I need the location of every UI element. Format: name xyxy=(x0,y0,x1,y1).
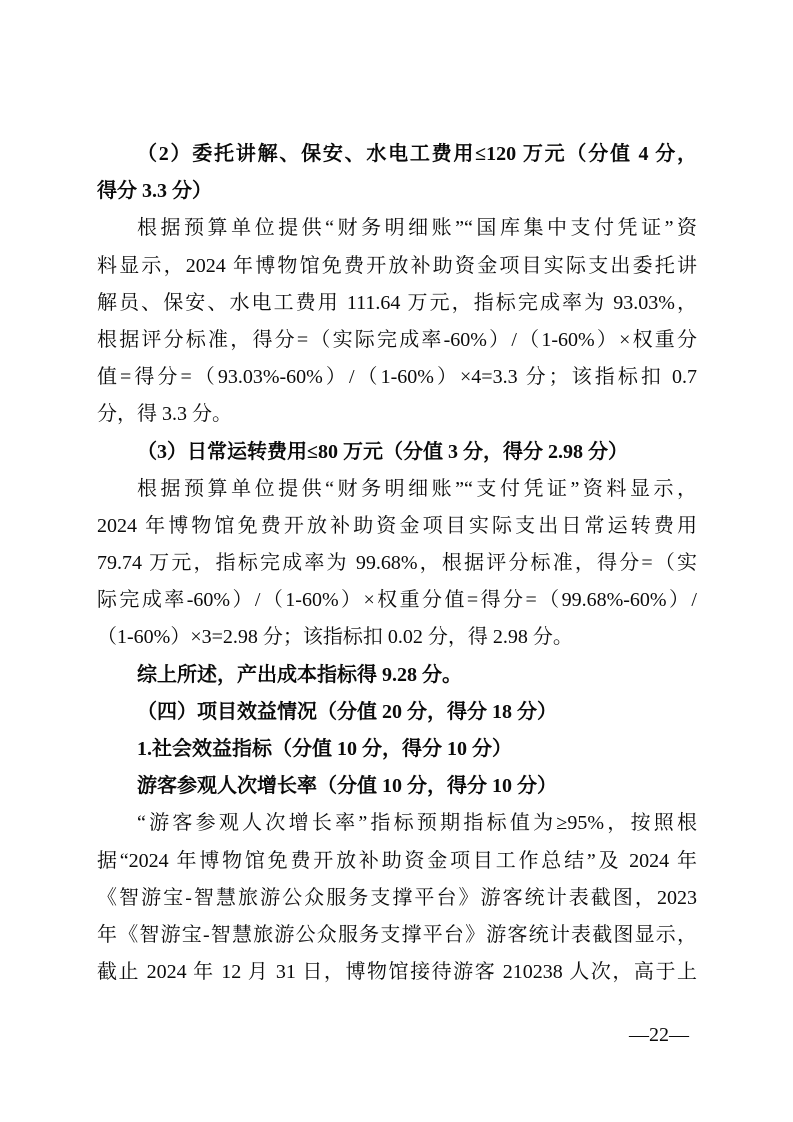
heading-paragraph: （3）日常运转费用≤80 万元（分值 3 分，得分 2.98 分） xyxy=(97,434,697,471)
text-line: 据“2024 年博物馆免费开放补助资金项目工作总结”及 2024 年 xyxy=(97,843,697,880)
heading-paragraph: 综上所述，产出成本指标得 9.28 分。 xyxy=(97,657,697,694)
body-paragraph: 根据预算单位提供“财务明细账”“支付凭证”资料显示，2024 年博物馆免费开放补… xyxy=(97,471,697,657)
text-line: 年《智游宝-智慧旅游公众服务支撑平台》游客统计表截图显示， xyxy=(97,917,697,954)
text-line: 分，得 3.3 分。 xyxy=(97,396,697,433)
page-number: —22— xyxy=(97,1022,689,1048)
text-line: 得分 3.3 分） xyxy=(97,173,697,210)
heading-paragraph: （四）项目效益情况（分值 20 分，得分 18 分） xyxy=(97,694,697,731)
text-line: 解员、保安、水电工费用 111.64 万元，指标完成率为 93.03%， xyxy=(97,285,697,322)
text-line: 综上所述，产出成本指标得 9.28 分。 xyxy=(97,657,697,694)
body-paragraph: 根据预算单位提供“财务明细账”“国库集中支付凭证”资料显示，2024 年博物馆免… xyxy=(97,210,697,433)
text-line: “游客参观人次增长率”指标预期指标值为≥95%，按照根 xyxy=(97,805,697,842)
text-line: 根据评分标准，得分=（实际完成率-60%）/（1-60%）×权重分 xyxy=(97,322,697,359)
text-line: 79.74 万元，指标完成率为 99.68%，根据评分标准，得分=（实 xyxy=(97,545,697,582)
text-line: 2024 年博物馆免费开放补助资金项目实际支出日常运转费用 xyxy=(97,508,697,545)
text-line: 1.社会效益指标（分值 10 分，得分 10 分） xyxy=(97,731,697,768)
text-line: （1-60%）×3=2.98 分；该指标扣 0.02 分，得 2.98 分。 xyxy=(97,619,697,656)
document-page: （2）委托讲解、保安、水电工费用≤120 万元（分值 4 分，得分 3.3 分）… xyxy=(0,0,793,1122)
text-line: 《智游宝-智慧旅游公众服务支撑平台》游客统计表截图，2023 xyxy=(97,880,697,917)
document-body: （2）委托讲解、保安、水电工费用≤120 万元（分值 4 分，得分 3.3 分）… xyxy=(97,136,697,991)
heading-paragraph: 游客参观人次增长率（分值 10 分，得分 10 分） xyxy=(97,768,697,805)
text-line: 游客参观人次增长率（分值 10 分，得分 10 分） xyxy=(97,768,697,805)
text-line: （3）日常运转费用≤80 万元（分值 3 分，得分 2.98 分） xyxy=(97,434,697,471)
text-line: 根据预算单位提供“财务明细账”“支付凭证”资料显示， xyxy=(97,471,697,508)
text-line: 值=得分=（93.03%-60%）/（1-60%）×4=3.3 分；该指标扣 0… xyxy=(97,359,697,396)
text-line: （四）项目效益情况（分值 20 分，得分 18 分） xyxy=(97,694,697,731)
body-paragraph: “游客参观人次增长率”指标预期指标值为≥95%，按照根据“2024 年博物馆免费… xyxy=(97,805,697,991)
heading-paragraph: 1.社会效益指标（分值 10 分，得分 10 分） xyxy=(97,731,697,768)
text-line: （2）委托讲解、保安、水电工费用≤120 万元（分值 4 分， xyxy=(97,136,697,173)
text-line: 料显示，2024 年博物馆免费开放补助资金项目实际支出委托讲 xyxy=(97,248,697,285)
heading-paragraph: （2）委托讲解、保安、水电工费用≤120 万元（分值 4 分，得分 3.3 分） xyxy=(97,136,697,210)
text-line: 截止 2024 年 12 月 31 日，博物馆接待游客 210238 人次，高于… xyxy=(97,954,697,991)
text-line: 际完成率-60%）/（1-60%）×权重分值=得分=（99.68%-60%）/ xyxy=(97,582,697,619)
text-line: 根据预算单位提供“财务明细账”“国库集中支付凭证”资 xyxy=(97,210,697,247)
